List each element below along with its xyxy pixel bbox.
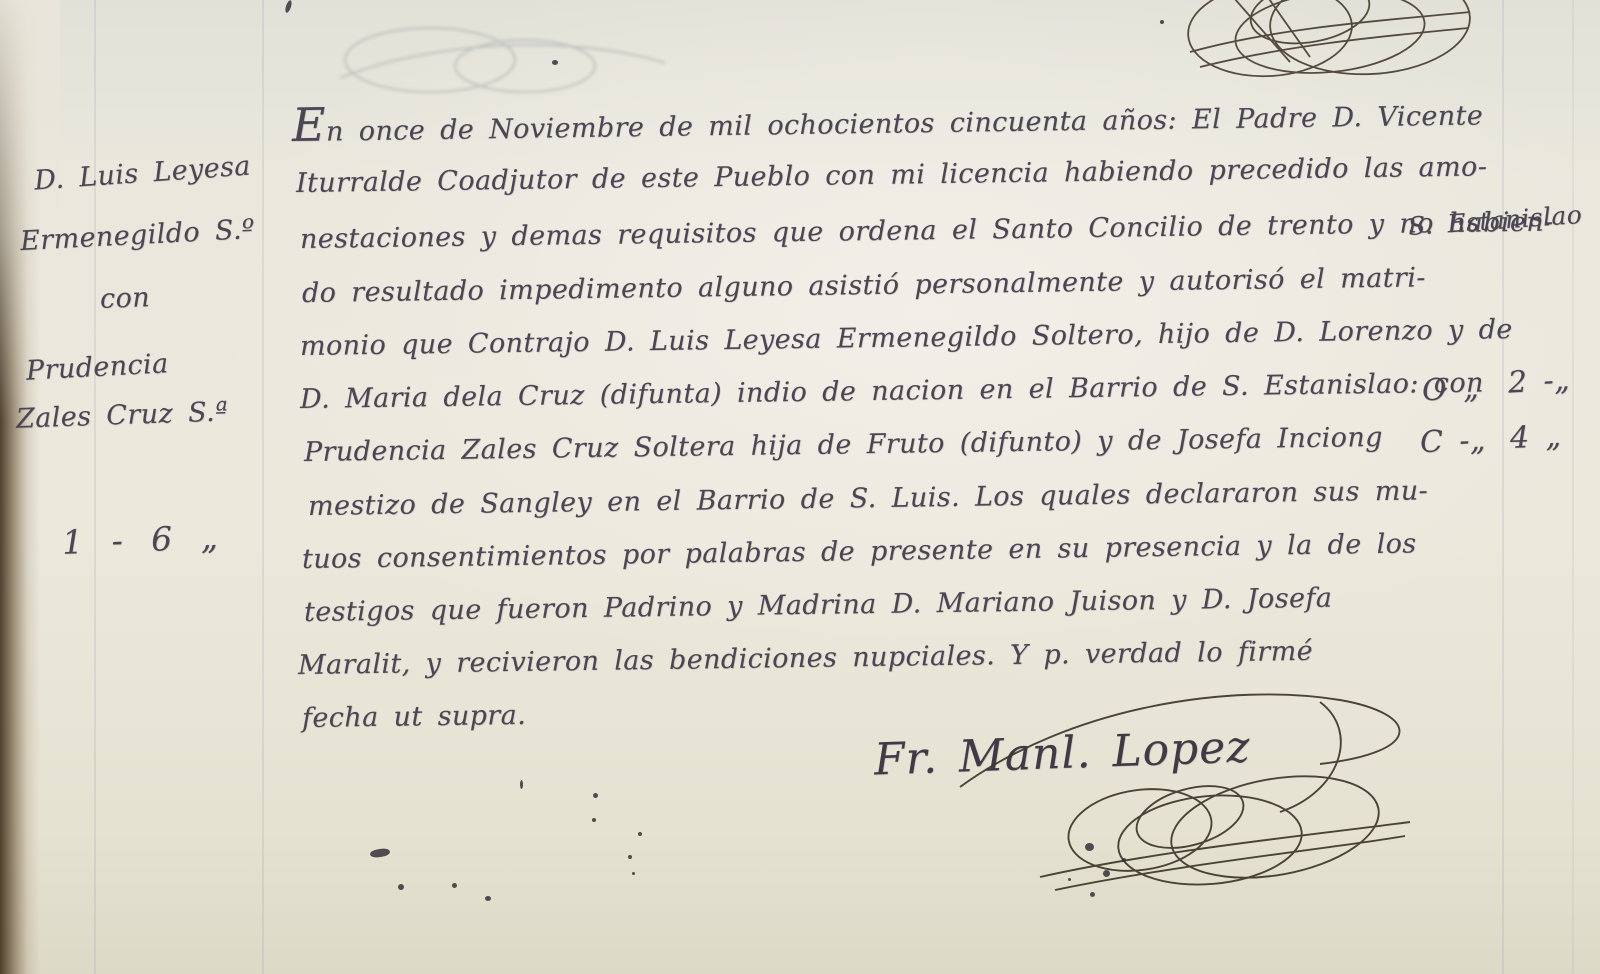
margin-con: con bbox=[99, 282, 150, 315]
ink-speck bbox=[552, 60, 558, 65]
entry-line-12: fecha ut supra. bbox=[302, 702, 526, 732]
ink-blot bbox=[370, 848, 391, 859]
rubric-flourish-top bbox=[1160, 0, 1480, 92]
ledger-rule bbox=[262, 0, 264, 974]
ledger-rule bbox=[1572, 0, 1574, 974]
entry-line-10: testigos que fueron Padrino y Madrina D.… bbox=[304, 585, 1333, 626]
ink-speck bbox=[452, 883, 457, 888]
bleed-through-flourish bbox=[320, 8, 680, 108]
ink-speck bbox=[520, 780, 523, 789]
ink-speck bbox=[1122, 858, 1126, 862]
margin-groom-name-line1: D. Luis Leyesa bbox=[33, 150, 252, 196]
fee-amount-1: 2 -„ bbox=[1507, 362, 1571, 400]
ink-speck bbox=[485, 896, 491, 901]
ink-speck bbox=[638, 832, 642, 836]
entry-line-7: Prudencia Zales Cruz Soltera hija de Fru… bbox=[304, 424, 1383, 466]
ink-speck bbox=[628, 855, 632, 859]
ink-speck bbox=[1068, 878, 1071, 881]
entry-line-9: tuos consentimientos por palabras de pre… bbox=[302, 530, 1417, 573]
ink-speck bbox=[1160, 20, 1164, 24]
margin-bride-name-line2: Zales Cruz S.ª bbox=[16, 396, 229, 434]
entry-line-2: Iturralde Coadjutor de este Pueblo con m… bbox=[296, 153, 1488, 197]
fee-amount-2: 4 „ bbox=[1509, 419, 1562, 456]
ink-speck bbox=[593, 793, 598, 798]
rubric-flourish-signature bbox=[890, 672, 1430, 932]
ink-speck bbox=[398, 884, 404, 890]
entry-line-4: do resultado impedimento alguno asistió … bbox=[302, 264, 1426, 307]
entry-line-5: monio que Contrajo D. Luis Leyesa Ermene… bbox=[300, 316, 1513, 360]
ledger-rule bbox=[1502, 0, 1504, 974]
ink-speck bbox=[284, 0, 293, 13]
margin-tally: 1 - 6 „ bbox=[61, 517, 224, 562]
fee-code-2: C -„ bbox=[1419, 423, 1486, 460]
register-page: D. Luis Leyesa Ermenegildo S.º con Prude… bbox=[0, 0, 1600, 974]
ink-speck bbox=[592, 818, 596, 822]
ink-speck bbox=[632, 872, 635, 875]
ink-blot bbox=[1085, 843, 1094, 851]
entry-line-3: nestaciones y demas requisitos que orden… bbox=[300, 208, 1554, 253]
entry-line-8: mestizo de Sangley en el Barrio de S. Lu… bbox=[308, 477, 1428, 520]
ink-blot bbox=[1103, 870, 1110, 877]
entry-line-6: D. Maria dela Cruz (difunta) indio de na… bbox=[300, 369, 1484, 413]
ink-speck bbox=[1090, 892, 1095, 897]
ledger-rule bbox=[94, 0, 96, 974]
margin-bride-name-line1: Prudencia bbox=[25, 348, 169, 386]
